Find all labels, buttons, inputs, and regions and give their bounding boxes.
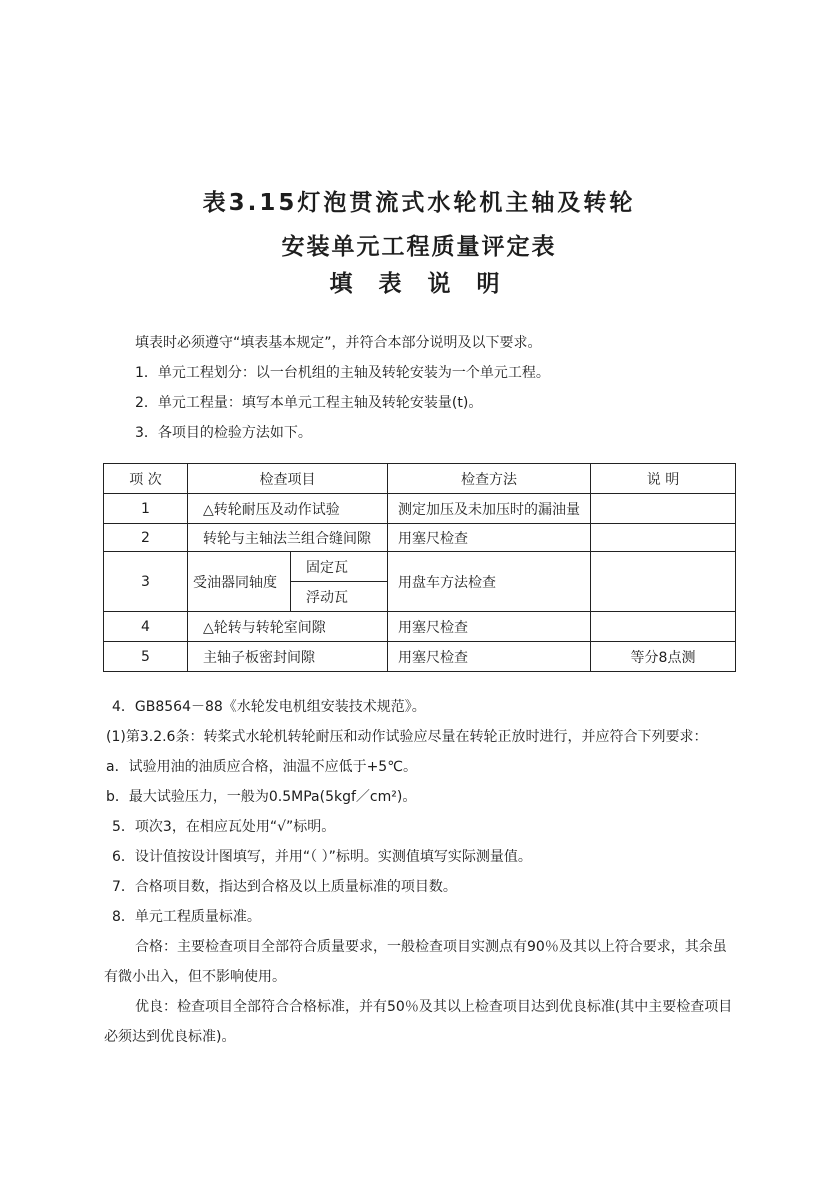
note-excellent-1: 优良：检查项目全部符合合格标准，并有50％及其以上检查项目达到优良标准(其中主要…: [104, 992, 784, 1022]
header-cell-no: 项 次: [104, 464, 188, 494]
intro-item-1: 1．单元工程划分：以一台机组的主轴及转轮安装为一个单元工程。: [104, 358, 764, 388]
cell-row5-item: 主轴子板密封间隙: [188, 642, 388, 672]
cell-row3-sub2: 浮动瓦: [291, 582, 388, 612]
note-5: 5．项次3，在相应瓦处用“√”标明。: [104, 812, 784, 842]
intro-rule-statement: 填表时必须遵守“填表基本规定”，并符合本部分说明及以下要求。: [104, 328, 764, 358]
notes-section: 4．GB8564－88《水轮发电机组安装技术规范》。 (1)第3.2.6条：转桨…: [104, 692, 784, 1052]
cell-row2-method: 用塞尺检查: [388, 524, 591, 552]
note-excellent-2: 必须达到优良标准)。: [104, 1022, 784, 1052]
note-qualified-1: 合格：主要检查项目全部符合质量要求，一般检查项目实测点有90％及其以上符合要求，…: [104, 932, 784, 962]
intro-section: 填表时必须遵守“填表基本规定”，并符合本部分说明及以下要求。 1．单元工程划分：…: [104, 328, 764, 448]
header-cell-note: 说 明: [591, 464, 736, 494]
cell-row1-item: △转轮耐压及动作试验: [188, 494, 388, 524]
cell-row5-note: 等分8点测: [591, 642, 736, 672]
doc-title-line-1: 表3.15灯泡贯流式水轮机主轴及转轮: [0, 184, 838, 217]
cell-row1-method: 测定加压及未加压时的漏油量: [388, 494, 591, 524]
intro-item-2: 2．单元工程量：填写本单元工程主轴及转轮安装量(t)。: [104, 388, 764, 418]
note-4-item-b: b．最大试验压力，一般为0.5MPa(5kgf／cm²)。: [104, 782, 784, 812]
cell-row2-note: [591, 524, 736, 552]
cell-row4-method: 用塞尺检查: [388, 612, 591, 642]
note-8: 8．单元工程质量标准。: [104, 902, 784, 932]
note-4-clause: (1)第3.2.6条：转桨式水轮机转轮耐压和动作试验应尽量在转轮正放时进行，并应…: [104, 722, 784, 752]
cell-row3-note: [591, 552, 736, 612]
cell-row4-no: 4: [104, 612, 188, 642]
table-header-row: 项 次 检查项目 检查方法 说 明: [104, 464, 736, 494]
note-4-item-a: a．试验用油的油质应合格，油温不应低于+5℃。: [104, 752, 784, 782]
table-row: 5 主轴子板密封间隙 用塞尺检查 等分8点测: [104, 642, 736, 672]
cell-row3-sub1: 固定瓦: [291, 552, 388, 582]
cell-row4-note: [591, 612, 736, 642]
cell-row2-item: 转轮与主轴法兰组合缝间隙: [188, 524, 388, 552]
header-cell-item: 检查项目: [188, 464, 388, 494]
cell-row1-note: [591, 494, 736, 524]
intro-item-3: 3．各项目的检验方法如下。: [104, 418, 764, 448]
doc-title-line-3: 填 表 说 明: [0, 265, 838, 298]
header-cell-method: 检查方法: [388, 464, 591, 494]
doc-title-line-2: 安装单元工程质量评定表: [0, 228, 838, 261]
table-row: 2 转轮与主轴法兰组合缝间隙 用塞尺检查: [104, 524, 736, 552]
cell-row5-method: 用塞尺检查: [388, 642, 591, 672]
cell-row5-no: 5: [104, 642, 188, 672]
table-row: 4 △轮转与转轮室间隙 用塞尺检查: [104, 612, 736, 642]
inspection-methods-table: 项 次 检查项目 检查方法 说 明 1 △转轮耐压及动作试验 测定加压及未加压时…: [103, 463, 736, 672]
table-row: 3 受油器同轴度 固定瓦 用盘车方法检查: [104, 552, 736, 582]
cell-row4-item: △轮转与转轮室间隙: [188, 612, 388, 642]
note-4: 4．GB8564－88《水轮发电机组安装技术规范》。: [104, 692, 784, 722]
note-7: 7．合格项目数，指达到合格及以上质量标准的项目数。: [104, 872, 784, 902]
note-6: 6．设计值按设计图填写，并用“（ ）”标明。实测值填写实际测量值。: [104, 842, 784, 872]
document-page: 表3.15灯泡贯流式水轮机主轴及转轮 安装单元工程质量评定表 填 表 说 明 填…: [0, 0, 838, 1186]
cell-row2-no: 2: [104, 524, 188, 552]
cell-row3-item: 受油器同轴度: [188, 552, 291, 612]
table-row: 1 △转轮耐压及动作试验 测定加压及未加压时的漏油量: [104, 494, 736, 524]
cell-row1-no: 1: [104, 494, 188, 524]
cell-row3-method: 用盘车方法检查: [388, 552, 591, 612]
cell-row3-no: 3: [104, 552, 188, 612]
note-qualified-2: 有微小出入，但不影响使用。: [104, 962, 784, 992]
